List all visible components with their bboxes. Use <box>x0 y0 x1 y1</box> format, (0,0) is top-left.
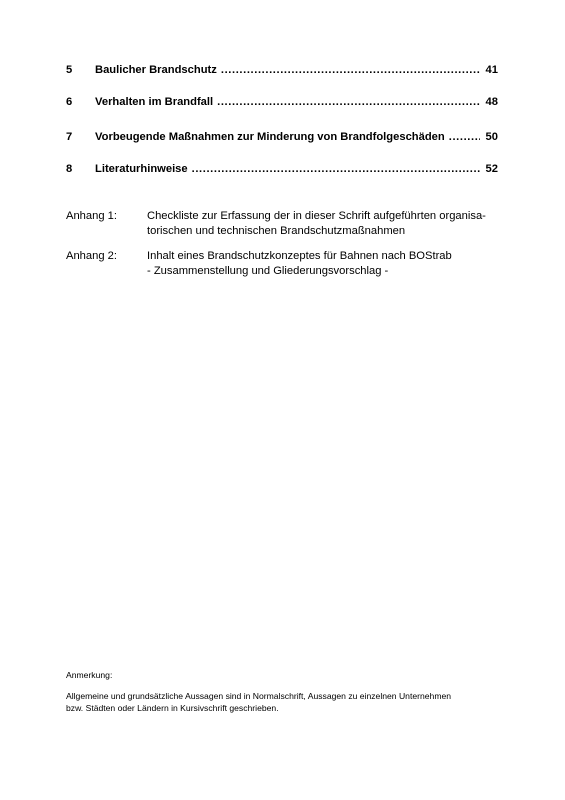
toc-entry[interactable]: 5 Baulicher Brandschutz ................… <box>66 64 498 80</box>
toc-title: Literaturhinweise <box>95 163 188 175</box>
appendix-description: Inhalt eines Brandschutzkonzeptes für Ba… <box>147 249 516 278</box>
toc-leader-dots: ........................................… <box>192 163 480 175</box>
note-line: Allgemeine und grundsätzliche Aussagen s… <box>66 691 516 703</box>
note-line: bzw. Städten oder Ländern in Kursivschri… <box>66 703 516 715</box>
toc-leader-dots: ........................................… <box>449 131 480 143</box>
appendix-description: Checkliste zur Erfassung der in dieser S… <box>147 209 516 238</box>
appendix-label: Anhang 2: <box>66 249 147 278</box>
appendix-line: Inhalt eines Brandschutzkonzeptes für Ba… <box>147 249 516 264</box>
toc-entry[interactable]: 8 Literaturhinweise ....................… <box>66 163 498 179</box>
toc-number: 5 <box>66 64 95 76</box>
toc-number: 6 <box>66 96 95 108</box>
toc-title: Baulicher Brandschutz <box>95 64 217 76</box>
toc-page-number: 52 <box>484 163 498 175</box>
toc-number: 8 <box>66 163 95 175</box>
appendix-line: torischen und technischen Brandschutzmaß… <box>147 224 516 239</box>
note-heading: Anmerkung: <box>66 670 516 682</box>
appendix-entry: Anhang 1: Checkliste zur Erfassung der i… <box>66 209 516 238</box>
appendix-line: - Zusammenstellung und Gliederungsvorsch… <box>147 264 516 279</box>
toc-entry[interactable]: 6 Verhalten im Brandfall ...............… <box>66 96 498 112</box>
toc-leader-dots: ........................................… <box>221 64 480 76</box>
toc-title: Verhalten im Brandfall <box>95 96 213 108</box>
note-body: Allgemeine und grundsätzliche Aussagen s… <box>66 691 516 714</box>
toc-page-number: 48 <box>484 96 498 108</box>
toc-page-number: 41 <box>484 64 498 76</box>
toc-entry[interactable]: 7 Vorbeugende Maßnahmen zur Minderung vo… <box>66 131 498 147</box>
toc-leader-dots: ........................................… <box>217 96 480 108</box>
toc-number: 7 <box>66 131 95 143</box>
toc-title: Vorbeugende Maßnahmen zur Minderung von … <box>95 131 445 143</box>
appendix-entry: Anhang 2: Inhalt eines Brandschutzkonzep… <box>66 249 516 278</box>
toc-page-number: 50 <box>484 131 498 143</box>
appendix-line: Checkliste zur Erfassung der in dieser S… <box>147 209 516 224</box>
appendix-label: Anhang 1: <box>66 209 147 238</box>
